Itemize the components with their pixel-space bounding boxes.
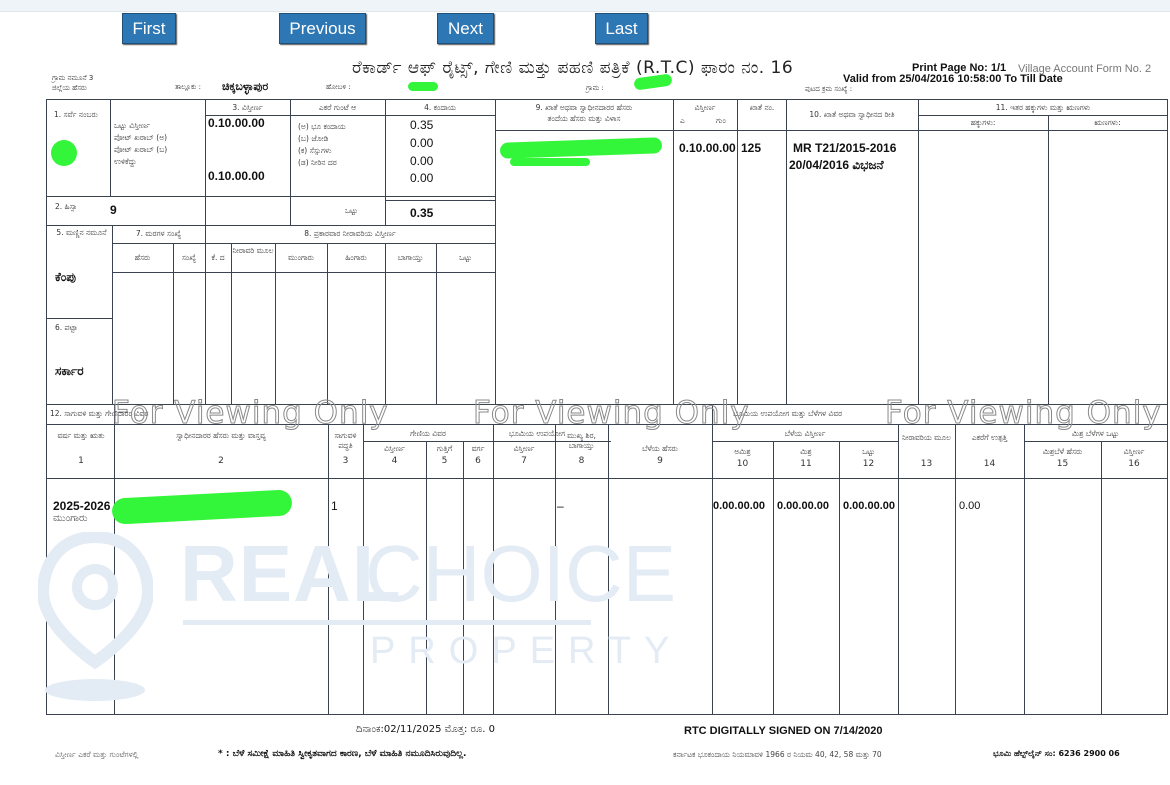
tax-row-label: (ಡ) ನೀರಿನ ದರ xyxy=(298,158,337,168)
owner-area-value: 0.10.00.00 xyxy=(679,141,736,155)
area-row-label: ಉಳಿಕೆದ್ದು xyxy=(114,157,137,167)
col-number: 11 xyxy=(773,459,839,469)
redaction-owner-address xyxy=(510,158,590,166)
viewing-only-watermark: For Viewing Only xyxy=(473,395,750,431)
crop-survey-note: * : ಬೆಳೆ ಸಮೀಕ್ಷೆ ಮಾಹಿತಿ ಸ್ವೀಕೃತವಾಗದ ಕಾರಣ… xyxy=(218,749,466,759)
patta-value: ಸರ್ಕಾರ xyxy=(55,364,84,379)
owner-header: 9. ಖಾತೆ ಅಥವಾ ಸ್ವಾಧೀನದಾರರ ಹೆಸರು xyxy=(495,103,673,113)
page-serial-label: ಪುಟದ ಕ್ರಮ ಸಂಖ್ಯೆ : xyxy=(805,85,852,94)
redaction-occupant-name xyxy=(111,489,292,524)
last-page-button[interactable]: Last xyxy=(595,13,648,44)
form-number-label: ಗ್ರಾಮ ನಮೂನೆ 3 xyxy=(52,74,93,83)
row-cultivation-method: 1 xyxy=(331,499,338,513)
col-lease: ಗುತ್ತಿಗೆ xyxy=(426,444,463,454)
patta-label: 6. ಪಟ್ಟಾ xyxy=(55,323,77,333)
soil-type-label: 5. ಮಣ್ಣಿನ ನಮೂನೆ xyxy=(54,228,109,238)
total-revenue-value: 0.35 xyxy=(410,206,433,220)
col-number: 6 xyxy=(463,456,493,466)
col-occupant-name: ಸ್ವಾಧೀನದಾರರ ಹೆಸರು ಮತ್ತು ವಾಸ್ತವ್ಯ xyxy=(114,431,328,441)
col-tenant-area: ವಿಸ್ತೀರ್ಣ xyxy=(363,444,426,454)
unit-acre: ಎ xyxy=(680,116,685,126)
tax-row-label: (ಕ) ಸೆಸ್ಸುಗಳು xyxy=(298,146,332,156)
area-unit-note: ವಿಸ್ತೀರ್ಣ ಎಕರೆ ಮತ್ತು ಗುಂಟೆಗಳಲ್ಲಿ xyxy=(55,750,138,760)
liabilities-col: ಋಣಗಳು: xyxy=(1048,118,1167,128)
land-revenue-rules-note: ಕರ್ನಾಟಕ ಭೂಕಂದಾಯ ನಿಯಮಾವಳಿ 1966 ರ ನಿಯಮ 40,… xyxy=(673,750,882,760)
first-page-button[interactable]: First xyxy=(122,13,176,44)
col-land-use-area: ವಿಸ್ತೀರ್ಣ xyxy=(493,444,555,454)
tax-row-label: (ಅ) ಭೂ ಕಂದಾಯ xyxy=(298,122,346,132)
redaction-hobli xyxy=(408,82,438,91)
water-rate-value: 0.00 xyxy=(410,171,433,185)
total-area-value: 0.10.00.00 xyxy=(208,116,265,130)
remaining-area-value: 0.10.00.00 xyxy=(208,169,265,183)
col-mixed-crop-name: ಮಿಶ್ರಬೆಳೆ ಹೆಸರು xyxy=(1024,447,1101,457)
area-row-label: ಪೋಟ್ ಖರಾಬ್ (ಅ) xyxy=(114,133,167,143)
col-year-season: ವರ್ಷ ಮತ್ತು ಋತು xyxy=(48,431,114,441)
row-season: ಮುಂಗಾರು xyxy=(53,513,88,524)
area-column-header: 3. ವಿಸ್ತೀರ್ಣ xyxy=(205,103,290,113)
hissa-label: 2. ಹಿಸ್ಸಾ xyxy=(55,202,77,212)
row-main-crop: – xyxy=(557,499,564,513)
irrigation-header: 8. ಪ್ರಕಾರವಾರ ನೀರಾವರಿಯ ವಿಸ್ತೀರ್ಣ xyxy=(205,229,495,239)
col-number: 10 xyxy=(712,459,773,469)
col-unmixed: ಅಮಿಶ್ರ xyxy=(712,447,773,457)
watermark-logo-sub: PROPERTY xyxy=(370,630,682,673)
row-total-area: 0.00.00.00 xyxy=(843,500,895,512)
jodi-value: 0.00 xyxy=(410,136,433,150)
rights-header: 11. ಇತರ ಹಕ್ಕುಗಳು ಮತ್ತು ಋಣಗಳು xyxy=(918,103,1168,113)
col-number: 3 xyxy=(328,456,363,466)
next-page-button[interactable]: Next xyxy=(437,13,494,44)
village-label: ಗ್ರಾಮ : xyxy=(586,84,604,93)
col-number: 4 xyxy=(363,456,426,466)
redaction-survey-number xyxy=(51,140,77,166)
soil-type-value: ಕೆಂಪು xyxy=(55,270,76,285)
mutation-date: 20/04/2016 ವಿಭಜನೆ xyxy=(789,158,884,173)
trees-col-name: ಹೆಸರು xyxy=(112,253,173,263)
area-unit-header: ಎಕರೆ ಗುಂಟೆ ಆ xyxy=(290,103,385,113)
digital-signature-status: RTC DIGITALLY SIGNED ON 7/14/2020 xyxy=(684,725,882,737)
watermark-logo-light: CHOICE xyxy=(365,528,676,620)
irrigation-col: ಹಿಂಗಾರು xyxy=(327,253,385,263)
area-row-label: ಒಟ್ಟು ವಿಸ್ತೀರ್ಣ xyxy=(114,121,150,131)
revenue-column-header: 4. ಕಂದಾಯ xyxy=(385,103,495,113)
col-number: 8 xyxy=(555,456,608,466)
khata-header: ಖಾತೆ ನಂ. xyxy=(745,103,779,113)
col-cultivation-method: ಸಾಗುವಳಿ ಪದ್ಧತಿ xyxy=(328,431,363,451)
irrigation-col: ಕೆ. ದ xyxy=(205,253,231,263)
tax-row-label: (ಬ) ಜೋಡಿ xyxy=(298,134,328,144)
viewing-only-watermark: For Viewing Only xyxy=(885,395,1162,431)
col-number: 15 xyxy=(1024,459,1101,469)
watermark-logo-rule xyxy=(183,620,591,625)
col-number: 14 xyxy=(955,459,1024,469)
owner-area-header: ವಿಸ್ತೀರ್ಣ xyxy=(673,103,737,113)
redaction-owner-name xyxy=(500,137,662,159)
rights-col: ಹಕ್ಕುಗಳು: xyxy=(918,118,1048,128)
col-number: 9 xyxy=(608,456,712,466)
col-irrigation-source: ನೀರಾವರಿಯ ಮೂಲ xyxy=(898,433,955,443)
land-revenue-value: 0.35 xyxy=(410,118,433,132)
viewing-only-watermark: For Viewing Only xyxy=(112,395,389,431)
row-year: 2025-2026 xyxy=(53,499,110,513)
bhoomi-helpline: ಭೂಮಿ ಹೆಲ್ಪ್‌ಲೈನ್ ಸಂ: 6236 2900 06 xyxy=(993,749,1120,759)
real-choice-logo-icon xyxy=(38,532,153,702)
col-number: 16 xyxy=(1101,459,1167,469)
irrigation-col: ಒಟ್ಟು xyxy=(436,253,495,263)
irrigation-col: ನೀರಾವರಿ ಮೂಲ xyxy=(231,246,275,256)
document-title: ರೆಕಾರ್ಡ್ ಆಫ್ ರೈಟ್ಸ್, ಗೇಣಿ ಮತ್ತು ಪಹಣಿ ಪತ್… xyxy=(352,58,793,78)
col-mixed: ಮಿಶ್ರ xyxy=(773,447,839,457)
taluk-label: ತಾಲ್ಲೂಕು : xyxy=(175,83,201,92)
validity-period: Valid from 25/04/2016 10:58:00 To Till D… xyxy=(843,73,1063,85)
col-crop-name: ಬೆಳೆಯ ಹೆಸರು xyxy=(608,444,712,454)
col-yield-per-acre: ಎಕರೆಗೆ ಉತ್ಪತ್ತಿ xyxy=(955,433,1024,443)
irrigation-col: ಮುಂಗಾರು xyxy=(275,253,327,263)
row-yield: 0.00 xyxy=(959,500,980,512)
survey-number-label: 1. ಸರ್ವೆ ನಂಬರು xyxy=(54,110,104,120)
trees-header: 7. ಮರಗಳ ಸಂಖ್ಯೆ xyxy=(112,229,205,239)
col-total: ಒಟ್ಟು xyxy=(839,447,898,457)
unit-gunta: ಗುಂ xyxy=(716,116,726,126)
row-mixed-area: 0.00.00.00 xyxy=(777,500,829,512)
col-number: 13 xyxy=(898,459,955,469)
issue-date-and-fee: ದಿನಾಂಕ:02/11/2025 ಮೊತ್ತ: ರೂ. 0 xyxy=(356,724,495,735)
col-class: ವರ್ಗ xyxy=(463,444,493,454)
col-number: 1 xyxy=(48,456,114,466)
hobli-label: ಹೋಬಳಿ : xyxy=(326,83,351,92)
watermark-logo-bold: REAL xyxy=(180,528,402,620)
total-label: ಒಟ್ಟು xyxy=(345,206,358,216)
hissa-value: 9 xyxy=(110,203,117,217)
trees-col-count: ಸಂಖ್ಯೆ xyxy=(173,253,205,263)
mutation-header: 10. ಖಾತೆ ಅಥವಾ ಸ್ವಾಧೀನದ ರೀತಿ xyxy=(786,110,918,120)
col-number: 5 xyxy=(426,456,463,466)
col-main-crop: ಮುಖ್ಯ ಶಿರ, ಬಾಗಾಯ್ತು xyxy=(555,431,608,451)
col-number: 2 xyxy=(114,456,328,466)
col-number: 12 xyxy=(839,459,898,469)
row-unmixed-area: 0.00.00.00 xyxy=(713,500,765,512)
area-row-label: ಪೋಟ್ ಖರಾಬ್ (ಬ) xyxy=(114,145,167,155)
mutation-reference: MR T21/2015-2016 xyxy=(793,141,896,155)
col-number: 7 xyxy=(493,456,555,466)
col-mixed-area: ವಿಸ್ತೀರ್ಣ xyxy=(1101,447,1167,457)
cess-value: 0.00 xyxy=(410,154,433,168)
irrigation-col: ಬಾಗಾಯ್ತು xyxy=(385,253,436,263)
browser-top-strip xyxy=(0,0,1170,12)
owner-header-sub: ತಂದೆಯ ಹೆಸರು ಮತ್ತು ವಿಳಾಸ xyxy=(495,114,673,124)
taluk-value: ಚಿಕ್ಕಬಳ್ಳಾಪುರ xyxy=(222,80,268,94)
district-label: ಜಿಲ್ಲೆಯ ಹೆಸರು xyxy=(52,84,87,93)
previous-page-button[interactable]: Previous xyxy=(279,13,366,44)
khata-number: 125 xyxy=(741,141,761,155)
